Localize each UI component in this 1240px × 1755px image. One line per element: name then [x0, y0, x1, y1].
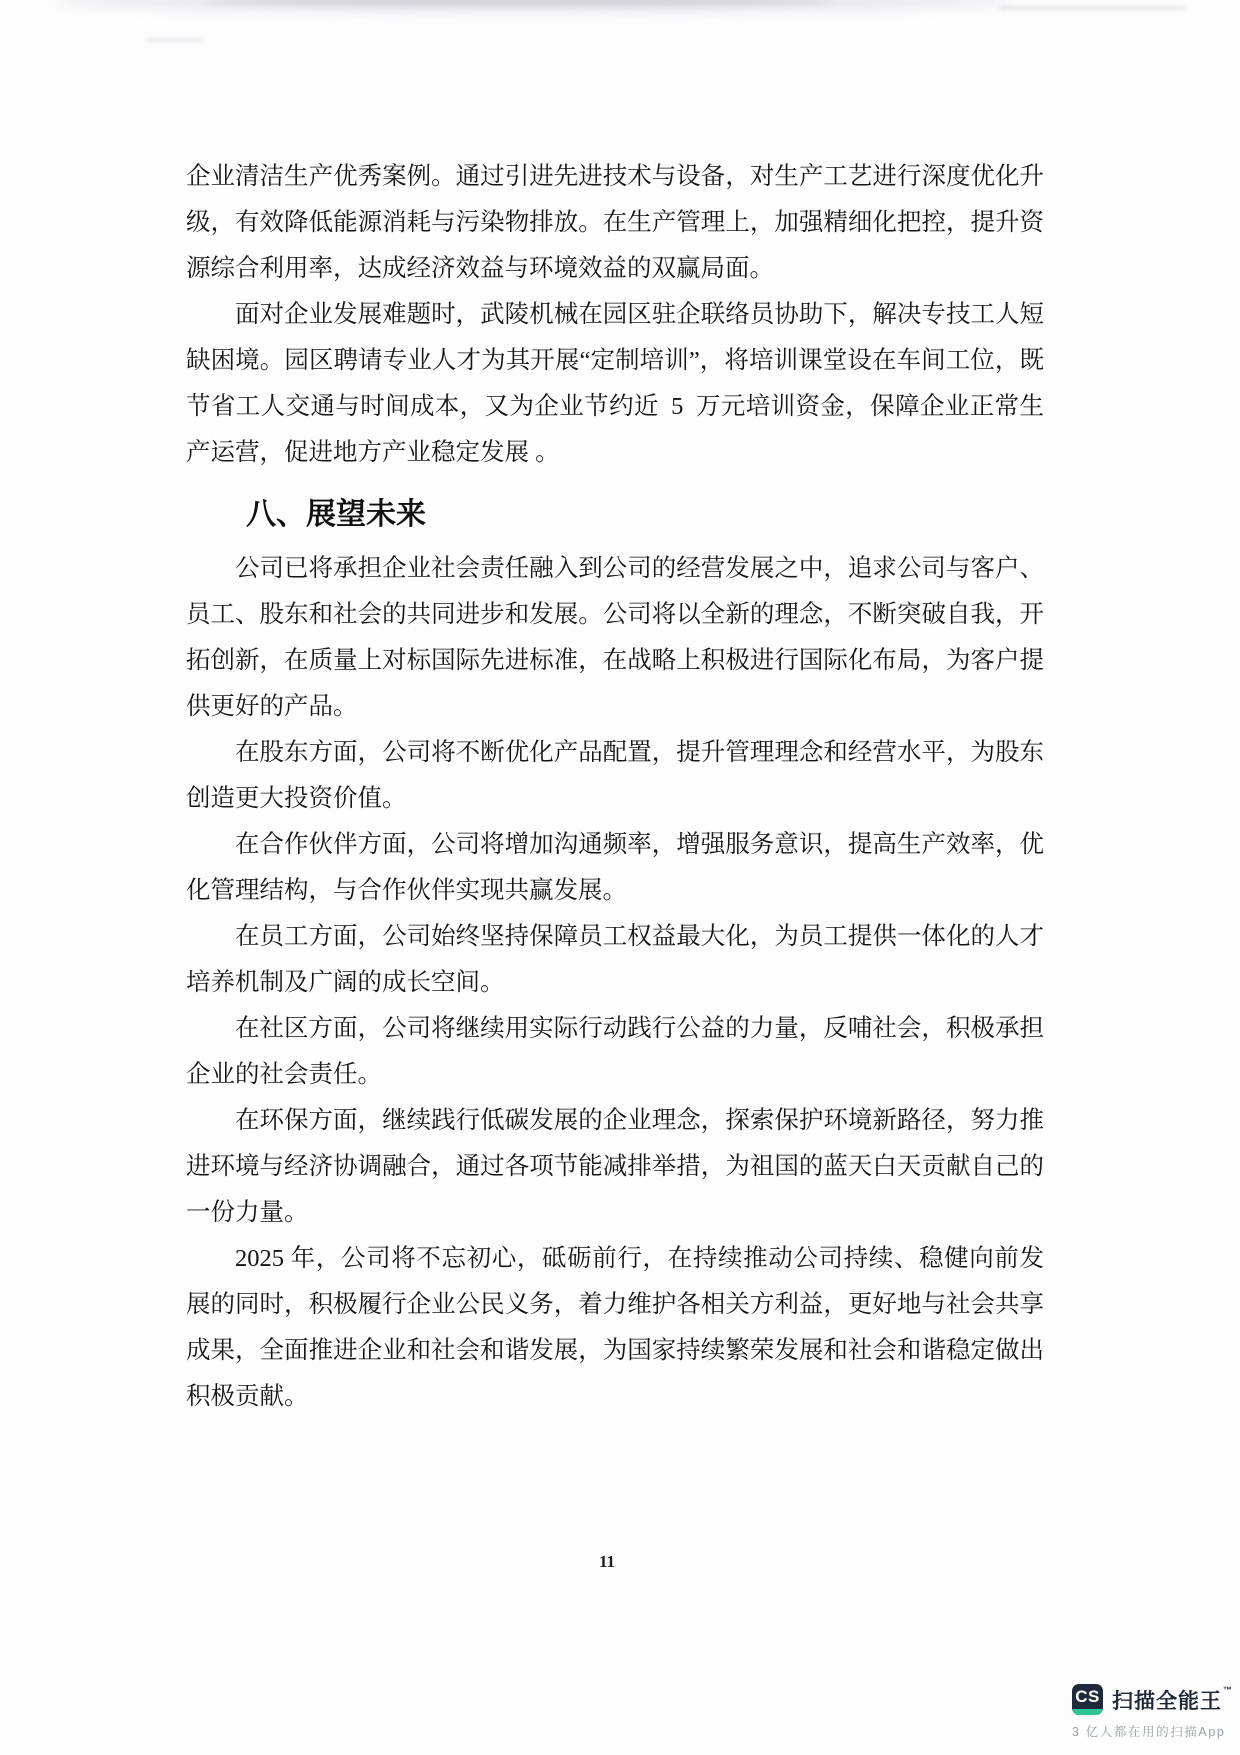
scan-artifact [146, 38, 204, 42]
paragraph: 企业清洁生产优秀案例。通过引进先进技术与设备，对生产工艺进行深度优化升级，有效降… [186, 154, 1044, 292]
trademark-symbol: ™ [1223, 1685, 1233, 1695]
document-page: 企业清洁生产优秀案例。通过引进先进技术与设备，对生产工艺进行深度优化升级，有效降… [0, 0, 1240, 1755]
camscanner-logo-row: CS 扫描全能王™ [1072, 1684, 1233, 1715]
section-heading: 八、展望未来 [186, 492, 1044, 538]
paragraph: 面对企业发展难题时，武陵机械在园区驻企联络员协助下，解决专技工人短缺困境。园区聘… [186, 292, 1044, 476]
paragraph: 公司已将承担企业社会责任融入到公司的经营发展之中，追求公司与客户、员工、股东和社… [186, 546, 1044, 730]
camscanner-watermark: CS 扫描全能王™ 3 亿人都在用的扫描App [1072, 1684, 1233, 1740]
paragraph: 2025 年，公司将不忘初心，砥砺前行，在持续推动公司持续、稳健向前发展的同时，… [186, 1236, 1044, 1420]
watermark-brand-text: 扫描全能王 [1112, 1690, 1222, 1713]
cs-badge-label: CS [1075, 1684, 1100, 1709]
watermark-tagline: 3 亿人都在用的扫描App [1072, 1722, 1233, 1740]
paragraph: 在员工方面，公司始终坚持保障员工权益最大化，为员工提供一体化的人才培养机制及广阔… [186, 914, 1044, 1006]
page-number: 11 [0, 1552, 1227, 1572]
watermark-brand: 扫描全能王™ [1112, 1685, 1233, 1715]
paragraph: 在股东方面，公司将不断优化产品配置，提升管理理念和经营水平，为股东创造更大投资价… [186, 730, 1044, 822]
camscanner-logo-accent-strip [1072, 1709, 1103, 1715]
scan-artifact [1000, 6, 1185, 10]
paragraph: 在环保方面，继续践行低碳发展的企业理念，探索保护环境新路径，努力推进环境与经济协… [186, 1098, 1044, 1236]
document-body: 企业清洁生产优秀案例。通过引进先进技术与设备，对生产工艺进行深度优化升级，有效降… [186, 154, 1044, 1420]
paragraph: 在合作伙伴方面，公司将增加沟通频率，增强服务意识，提高生产效率，优化管理结构，与… [186, 822, 1044, 914]
camscanner-logo-icon: CS [1072, 1684, 1103, 1715]
paragraph: 在社区方面，公司将继续用实际行动践行公益的力量，反哺社会，积极承担企业的社会责任… [186, 1006, 1044, 1098]
